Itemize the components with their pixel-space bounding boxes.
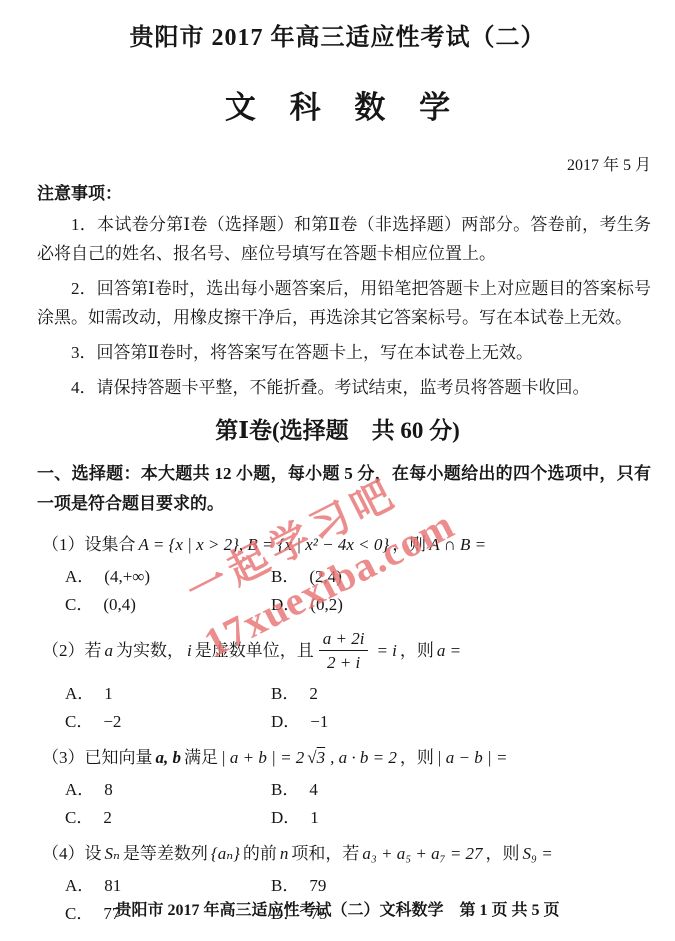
stem-math: | a + b | = 2 xyxy=(221,748,304,767)
option-value: 8 xyxy=(104,780,113,799)
option-value: 79 xyxy=(309,876,326,895)
option-label: C． xyxy=(65,595,93,614)
option-value: 1 xyxy=(104,684,113,703)
sqrt-radicand: 3 xyxy=(317,748,326,767)
option-c: C．2 xyxy=(65,808,271,828)
option-label: B． xyxy=(271,684,299,703)
question-2-stem: （2）若a为实数，i是虚数单位，且a + 2i2 + i= i，则a = xyxy=(42,628,651,675)
option-b: B．(2,4) xyxy=(271,567,651,587)
option-label: B． xyxy=(271,876,299,895)
question-1: （1）设集合A = {x | x > 2}, B = {x | x² − 4x … xyxy=(42,532,651,615)
option-b: B．4 xyxy=(271,780,651,800)
option-c: C．(0,4) xyxy=(65,595,271,615)
option-d: D．(0,2) xyxy=(271,595,651,615)
option-value: −2 xyxy=(103,712,121,731)
stem-math: {aₙ} xyxy=(211,844,240,863)
stem-math: n xyxy=(280,844,289,863)
stem-math: i xyxy=(187,641,192,660)
stem-text: 满足 xyxy=(184,748,218,767)
stem-text: ，则 xyxy=(486,844,520,863)
exam-title: 贵阳市 2017 年高三适应性考试（二） xyxy=(0,0,675,52)
stem-text: 的前 xyxy=(243,844,277,863)
stem-text: 为实数， xyxy=(116,641,184,660)
option-b: B．79 xyxy=(271,876,651,896)
fraction-denominator: 2 + i xyxy=(319,651,369,673)
stem-text: 设集合 xyxy=(85,535,136,554)
option-a: A．(4,+∞) xyxy=(65,567,271,587)
stem-math: a xyxy=(105,641,114,660)
stem-text: 设 xyxy=(85,844,102,863)
stem-math: | a − b | = xyxy=(437,748,508,767)
option-a: A．1 xyxy=(65,684,271,704)
exam-date: 2017 年 5 月 xyxy=(0,152,675,175)
option-value: (0,2) xyxy=(310,595,343,614)
stem-text: ，则 xyxy=(400,748,434,767)
option-value: 1 xyxy=(310,808,319,827)
exam-paper-page: 一起学习吧 17xuexiba.com 贵阳市 2017 年高三适应性考试（二）… xyxy=(0,0,675,941)
option-d: D．1 xyxy=(271,808,651,828)
option-value: (4,+∞) xyxy=(104,567,150,586)
stem-math: , a · b = 2 xyxy=(330,748,397,767)
option-c: C．−2 xyxy=(65,712,271,732)
stem-text: 若 xyxy=(85,641,102,660)
option-label: D． xyxy=(271,595,300,614)
question-4-stem: （4）设Sₙ是等差数列{aₙ}的前n项和，若a₃ + a₅ + a₇ = 27，… xyxy=(42,841,651,867)
question-3: （3）已知向量a, b满足| a + b | = 2√3, a · b = 2，… xyxy=(42,745,651,828)
notice-item-1: 1．本试卷分第Ⅰ卷（选择题）和第Ⅱ卷（非选择题）两部分。答卷前，考生务必将自己的… xyxy=(37,210,651,268)
notice-heading: 注意事项： xyxy=(37,179,675,204)
option-value: 4 xyxy=(309,780,318,799)
stem-text: 项和，若 xyxy=(291,844,359,863)
vector-symbols: a, b xyxy=(156,748,182,767)
stem-text: ，则 xyxy=(400,641,434,660)
question-number: （3） xyxy=(42,748,85,767)
option-a: A．81 xyxy=(65,876,271,896)
stem-math: Sₙ xyxy=(105,844,120,863)
section-instruction: 一、选择题：本大题共 12 小题，每小题 5 分，在每小题给出的四个选项中，只有… xyxy=(37,459,651,519)
option-label: B． xyxy=(271,780,299,799)
option-label: D． xyxy=(271,712,300,731)
notice-item-3: 3．回答第Ⅱ卷时，将答案写在答题卡上，写在本试卷上无效。 xyxy=(37,338,651,367)
question-number: （4） xyxy=(42,844,85,863)
fraction: a + 2i2 + i xyxy=(319,628,369,673)
option-value: 2 xyxy=(103,808,112,827)
option-value: −1 xyxy=(310,712,328,731)
stem-text: 是虚数单位，且 xyxy=(195,641,314,660)
option-label: A． xyxy=(65,684,94,703)
question-number: （2） xyxy=(42,641,85,660)
question-1-stem: （1）设集合A = {x | x > 2}, B = {x | x² − 4x … xyxy=(42,532,651,558)
question-2-options: A．1 B．2 C．−2 D．−1 xyxy=(65,684,651,732)
stem-math: A = {x | x > 2}, B = {x | x² − 4x < 0} xyxy=(139,535,390,554)
option-label: B． xyxy=(271,567,299,586)
question-number: （1） xyxy=(42,535,85,554)
option-value: 2 xyxy=(309,684,318,703)
section-title: 第Ⅰ卷(选择题 共 60 分) xyxy=(0,412,675,445)
option-label: A． xyxy=(65,780,94,799)
stem-text: 已知向量 xyxy=(85,748,153,767)
notice-list: 1．本试卷分第Ⅰ卷（选择题）和第Ⅱ卷（非选择题）两部分。答卷前，考生务必将自己的… xyxy=(37,210,651,402)
notice-item-2: 2．回答第Ⅰ卷时，选出每小题答案后，用铅笔把答题卡上对应题目的答案标号涂黑。如需… xyxy=(37,274,651,332)
stem-math: a = xyxy=(437,641,461,660)
option-label: C． xyxy=(65,808,93,827)
option-label: D． xyxy=(271,808,300,827)
question-3-stem: （3）已知向量a, b满足| a + b | = 2√3, a · b = 2，… xyxy=(42,745,651,771)
stem-math: S₉ = xyxy=(523,844,553,863)
stem-math: = i xyxy=(376,641,396,660)
question-2: （2）若a为实数，i是虚数单位，且a + 2i2 + i= i，则a = A．1… xyxy=(42,628,651,732)
option-label: A． xyxy=(65,567,94,586)
option-b: B．2 xyxy=(271,684,651,704)
stem-math: A ∩ B = xyxy=(429,535,486,554)
option-value: (0,4) xyxy=(103,595,136,614)
option-value: 81 xyxy=(104,876,121,895)
stem-text: 是等差数列 xyxy=(123,844,208,863)
page-footer: 贵阳市 2017 年高三适应性考试（二）文科数学 第 1 页 共 5 页 xyxy=(0,897,675,920)
notice-item-4: 4．请保持答题卡平整，不能折叠。考试结束，监考员将答题卡收回。 xyxy=(37,373,651,402)
option-label: A． xyxy=(65,876,94,895)
option-a: A．8 xyxy=(65,780,271,800)
stem-text: ，则 xyxy=(392,535,426,554)
fraction-numerator: a + 2i xyxy=(319,628,369,651)
option-value: (2,4) xyxy=(309,567,342,586)
subject-title: 文 科 数 学 xyxy=(0,52,675,127)
option-label: C． xyxy=(65,712,93,731)
sqrt-icon: √ xyxy=(307,748,316,767)
question-3-options: A．8 B．4 C．2 D．1 xyxy=(65,780,651,828)
stem-math: a₃ + a₅ + a₇ = 27 xyxy=(362,844,482,863)
option-d: D．−1 xyxy=(271,712,651,732)
question-1-options: A．(4,+∞) B．(2,4) C．(0,4) D．(0,2) xyxy=(65,567,651,615)
